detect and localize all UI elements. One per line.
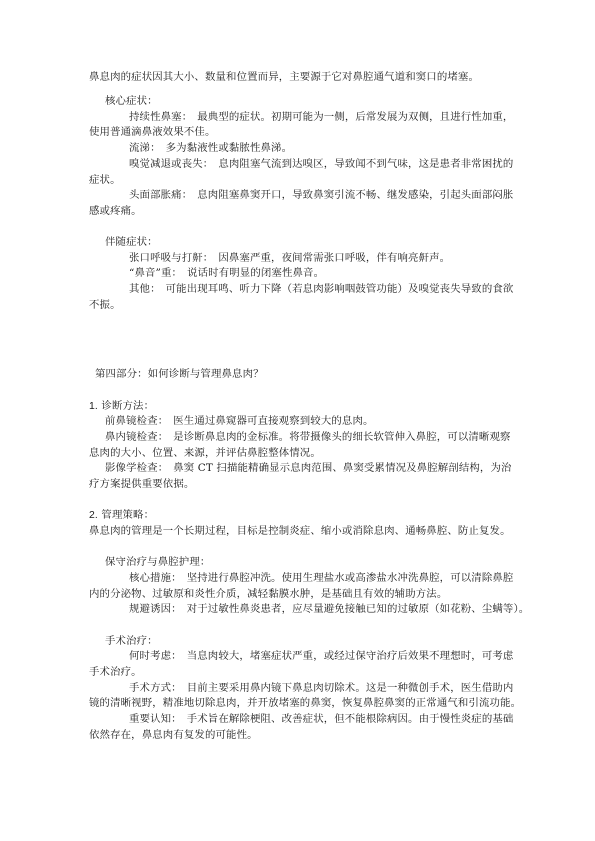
treatment-continuation: 镜的清晰视野，精准地切除息肉，并开放堵塞的鼻窦，恢复鼻腔鼻窦的正常通气和引流功能…: [89, 696, 521, 710]
symptom-label: 持续性鼻塞：: [129, 111, 192, 123]
diagnosis-heading: 1. 诊断方法：: [89, 399, 154, 414]
core-symptoms-heading: 核心症状：: [105, 94, 158, 108]
symptom-label: 其他：: [129, 283, 161, 295]
treatment-continuation: 依然存在，鼻息肉有复发的可能性。: [89, 728, 258, 742]
treatment-item: 重要认知：手术旨在解除梗阻、改善症状，但不能根除病因。由于慢性炎症的基础: [129, 712, 513, 726]
diagnosis-continuation: 疗方案提供重要依据。: [89, 477, 194, 491]
treatment-text: 坚持进行鼻腔冲洗。使用生理盐水或高渗盐水冲洗鼻腔，可以清除鼻腔: [187, 572, 514, 584]
treatment-text: 当息肉较大，堵塞症状严重，或经过保守治疗后效果不理想时，可考虑: [187, 650, 514, 662]
treatment-label: 核心措施：: [129, 572, 182, 584]
treatment-continuation: 内的分泌物、过敏原和炎性介质，减轻黏膜水肿，是基础且有效的辅助方法。: [89, 587, 447, 601]
diagnosis-text: 是诊断鼻息肉的金标准。将带摄像头的细长软管伸入鼻腔，可以清晰观察: [173, 431, 510, 443]
treatment-label: 重要认知：: [129, 713, 182, 725]
symptom-item: 其他：可能出现耳鸣、听力下降（若息肉影响咽鼓管功能）及嗅觉丧失导致的食欲: [129, 282, 513, 296]
symptom-item: 流涕：多为黏液性或黏脓性鼻涕。: [129, 141, 292, 155]
symptom-item: 张口呼吸与打鼾：因鼻塞严重，夜间常需张口呼吸，伴有响亮鼾声。: [129, 251, 450, 265]
intro-paragraph: 鼻息肉的症状因其大小、数量和位置而异，主要源于它对鼻腔通气道和窦口的堵塞。: [89, 70, 479, 84]
treatment-label: 手术方式：: [129, 682, 182, 694]
surgery-heading: 手术治疗：: [105, 634, 158, 648]
accompanying-symptoms-heading: 伴随症状：: [105, 235, 158, 249]
treatment-item: 规避诱因：对于过敏性鼻炎患者，应尽量避免接触已知的过敏原（如花粉、尘螨等）。: [129, 602, 529, 616]
symptom-text: 息肉阻塞气流到达嗅区，导致闻不到气味，这是患者非常困扰的: [218, 158, 513, 170]
treatment-label: 何时考虑：: [129, 650, 182, 662]
diagnosis-item: 鼻内镜检查：是诊断鼻息肉的金标准。将带摄像头的细长软管伸入鼻腔，可以清晰观察: [105, 430, 511, 444]
symptom-text: 说话时有明显的闭塞性鼻音。: [187, 267, 324, 279]
management-heading: 2. 管理策略：: [89, 508, 154, 523]
symptom-item: “鼻音”重：说话时有明显的闭塞性鼻音。: [129, 266, 324, 280]
symptom-continuation: 症状。: [89, 173, 121, 187]
symptom-item: 持续性鼻塞：最典型的症状。初期可能为一侧，后常发展为双侧，且进行性加重，: [129, 110, 513, 124]
section-number: 2.: [89, 510, 98, 521]
diagnosis-label: 影像学检查：: [105, 462, 168, 474]
symptom-continuation: 感或疼痛。: [89, 204, 142, 218]
treatment-item: 何时考虑：当息肉较大，堵塞症状严重，或经过保守治疗后效果不理想时，可考虑: [129, 649, 513, 663]
treatment-item: 手术方式：目前主要采用鼻内镜下鼻息肉切除术。这是一种微创手术，医生借助内: [129, 681, 513, 695]
diagnosis-item: 前鼻镜检查：医生通过鼻窥器可直接观察到较大的息肉。: [105, 414, 374, 428]
section-title: 第四部分：如何诊断与管理鼻息肉？: [95, 367, 264, 381]
diagnosis-label: 前鼻镜检查：: [105, 415, 168, 427]
conservative-heading: 保守治疗与鼻腔护理：: [105, 555, 210, 569]
management-heading-text: 管理策略：: [101, 509, 154, 521]
treatment-text: 目前主要采用鼻内镜下鼻息肉切除术。这是一种微创手术，医生借助内: [187, 682, 514, 694]
symptom-item: 头面部胀痛：息肉阻塞鼻窦开口，导致鼻窦引流不畅、继发感染，引起头面部闷胀: [129, 188, 513, 202]
management-summary: 鼻息肉的管理是一个长期过程，目标是控制炎症、缩小或消除息肉、通畅鼻腔、防止复发。: [89, 524, 511, 538]
treatment-label: 规避诱因：: [129, 603, 182, 615]
symptom-label: 流涕：: [129, 142, 161, 154]
treatment-text: 手术旨在解除梗阻、改善症状，但不能根除病因。由于慢性炎症的基础: [187, 713, 514, 725]
symptom-text: 息肉阻塞鼻窦开口，导致鼻窦引流不畅、继发感染，引起头面部闷胀: [197, 189, 513, 201]
symptom-continuation: 不振。: [89, 298, 121, 312]
diagnosis-text: 医生通过鼻窥器可直接观察到较大的息肉。: [173, 415, 373, 427]
symptom-label: 嗅觉减退或丧失：: [129, 158, 213, 170]
symptom-text: 最典型的症状。初期可能为一侧，后常发展为双侧，且进行性加重，: [197, 111, 513, 123]
symptom-continuation: 使用普通滴鼻液效果不佳。: [89, 125, 216, 139]
symptom-label: 张口呼吸与打鼾：: [129, 252, 213, 264]
symptom-text: 可能出现耳鸣、听力下降（若息肉影响咽鼓管功能）及嗅觉丧失导致的食欲: [166, 283, 514, 295]
symptom-text: 因鼻塞严重，夜间常需张口呼吸，伴有响亮鼾声。: [218, 252, 450, 264]
treatment-text: 对于过敏性鼻炎患者，应尽量避免接触已知的过敏原（如花粉、尘螨等）。: [187, 603, 530, 615]
symptom-label: “鼻音”重：: [129, 267, 182, 279]
symptom-item: 嗅觉减退或丧失：息肉阻塞气流到达嗅区，导致闻不到气味，这是患者非常困扰的: [129, 157, 513, 171]
section-number: 1.: [89, 401, 98, 412]
diagnosis-label: 鼻内镜检查：: [105, 431, 168, 443]
diagnosis-continuation: 息肉的大小、位置、来源，并评估鼻腔整体情况。: [89, 446, 321, 460]
treatment-item: 核心措施：坚持进行鼻腔冲洗。使用生理盐水或高渗盐水冲洗鼻腔，可以清除鼻腔: [129, 571, 513, 585]
treatment-continuation: 手术治疗。: [89, 665, 142, 679]
symptom-label: 头面部胀痛：: [129, 189, 192, 201]
diagnosis-heading-text: 诊断方法：: [101, 400, 154, 412]
symptom-text: 多为黏液性或黏脓性鼻涕。: [166, 142, 293, 154]
diagnosis-item: 影像学检查：鼻窦 CT 扫描能精确显示息肉范围、鼻窦受累情况及鼻腔解剖结构，为治: [105, 461, 512, 475]
diagnosis-text: 鼻窦 CT 扫描能精确显示息肉范围、鼻窦受累情况及鼻腔解剖结构，为治: [173, 462, 511, 474]
document-page: 鼻息肉的症状因其大小、数量和位置而异，主要源于它对鼻腔通气道和窦口的堵塞。 核心…: [0, 0, 595, 841]
